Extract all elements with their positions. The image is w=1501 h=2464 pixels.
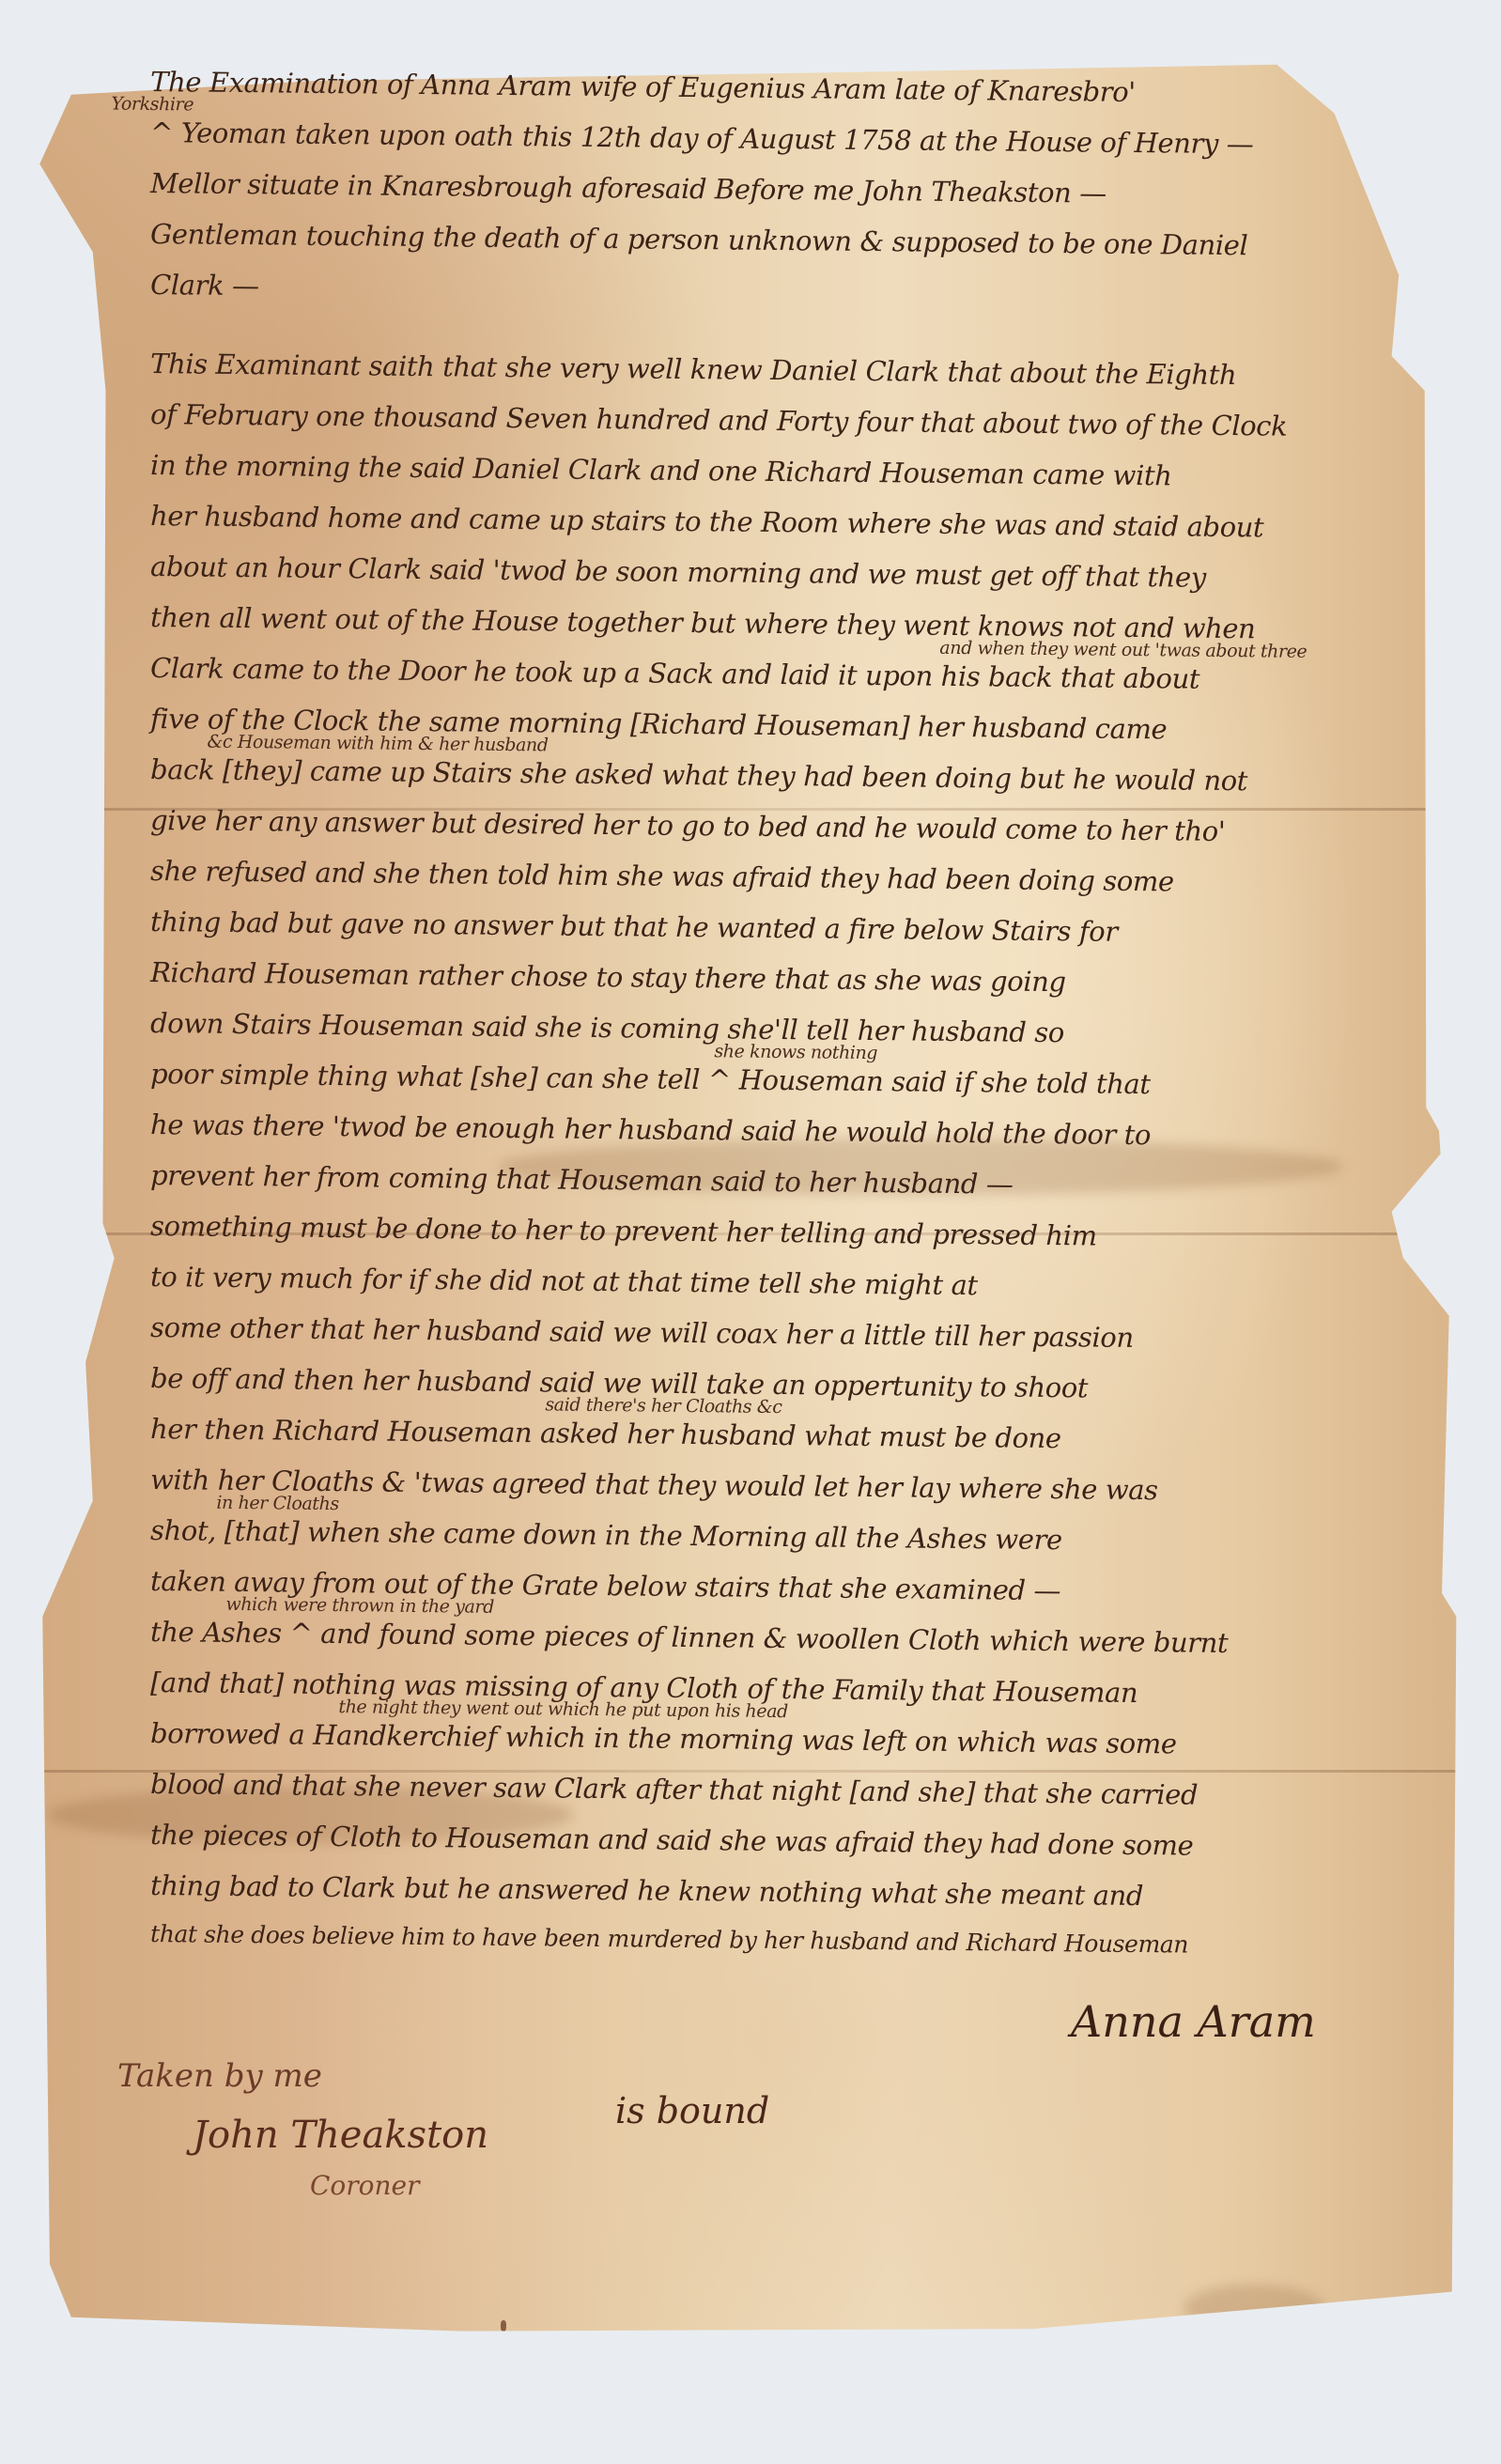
taken-by-label: Taken by me bbox=[117, 2057, 322, 2095]
bound-note: is bound bbox=[615, 2090, 769, 2131]
heading-block: The Examination of Anna Aram wife of Eug… bbox=[150, 66, 1437, 319]
coroner-title: Coroner bbox=[310, 2170, 420, 2201]
signature-anna-aram: Anna Aram bbox=[1071, 1996, 1316, 2047]
stain bbox=[1184, 2285, 1324, 2332]
signature-john-theakston: John Theakston bbox=[193, 2114, 488, 2157]
ink-fleck bbox=[249, 2343, 255, 2354]
body-block: This Examinant saith that she very well … bbox=[150, 348, 1437, 1971]
ink-fleck bbox=[501, 2320, 506, 2332]
